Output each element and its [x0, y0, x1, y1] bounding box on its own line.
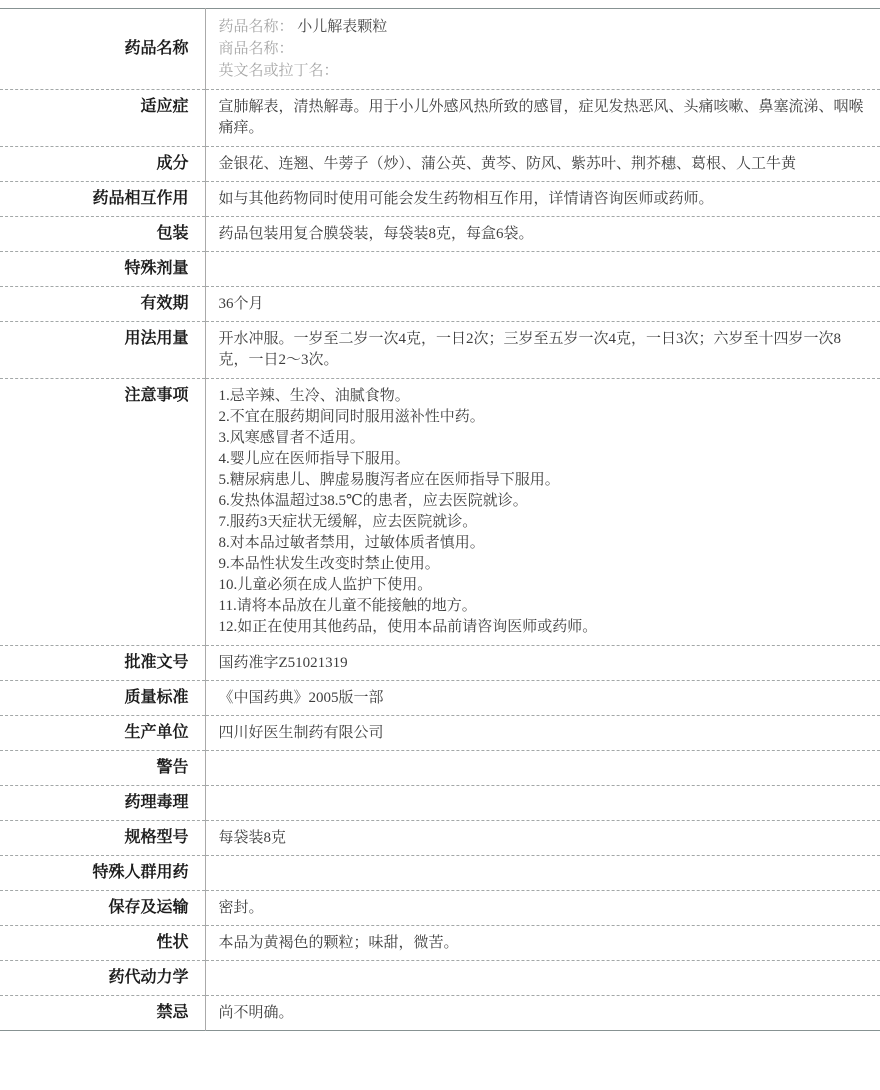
row-value-specification: 每袋装8克 [205, 821, 880, 856]
row-value-shelf-life: 36个月 [205, 287, 880, 322]
row-manufacturer: 生产单位 四川好医生制药有限公司 [0, 716, 880, 751]
row-label-warning: 警告 [0, 751, 205, 786]
row-value-special-dosage [205, 252, 880, 287]
row-label-specification: 规格型号 [0, 821, 205, 856]
row-contraindications: 禁忌 尚不明确。 [0, 996, 880, 1031]
row-pharmacokinetics: 药代动力学 [0, 961, 880, 996]
row-shelf-life: 有效期 36个月 [0, 287, 880, 322]
row-value-characteristics: 本品为黄褐色的颗粒；味甜，微苦。 [205, 926, 880, 961]
row-special-populations: 特殊人群用药 [0, 856, 880, 891]
generic-name-line: 药品名称： 小儿解表颗粒 [219, 16, 869, 38]
row-value-pharmacology-toxicology [205, 786, 880, 821]
row-value-contraindications: 尚不明确。 [205, 996, 880, 1031]
row-value-packaging: 药品包装用复合膜袋装，每袋装8克，每盒6袋。 [205, 217, 880, 252]
row-value-drug-interactions: 如与其他药物同时使用可能会发生药物相互作用，详情请咨询医师或药师。 [205, 182, 880, 217]
row-dosage-usage: 用法用量 开水冲服。一岁至二岁一次4克，一日2次；三岁至五岁一次4克，一日3次；… [0, 322, 880, 379]
row-label-approval-number: 批准文号 [0, 646, 205, 681]
trade-name-prefix: 商品名称： [219, 41, 294, 57]
row-value-pharmacokinetics [205, 961, 880, 996]
row-value-precautions: 1.忌辛辣、生冷、油腻食物。 2.不宜在服药期间同时服用滋补性中药。 3.风寒感… [205, 379, 880, 646]
row-label-drug-name: 药品名称 [0, 9, 205, 90]
row-label-indications: 适应症 [0, 90, 205, 147]
row-label-characteristics: 性状 [0, 926, 205, 961]
row-packaging: 包装 药品包装用复合膜袋装，每袋装8克，每盒6袋。 [0, 217, 880, 252]
row-label-contraindications: 禁忌 [0, 996, 205, 1031]
row-label-ingredients: 成分 [0, 147, 205, 182]
row-value-special-populations [205, 856, 880, 891]
row-label-dosage-usage: 用法用量 [0, 322, 205, 379]
row-specification: 规格型号 每袋装8克 [0, 821, 880, 856]
row-label-shelf-life: 有效期 [0, 287, 205, 322]
row-value-manufacturer: 四川好医生制药有限公司 [205, 716, 880, 751]
row-label-pharmacology-toxicology: 药理毒理 [0, 786, 205, 821]
generic-name-prefix: 药品名称： [219, 19, 294, 35]
drug-info-table: 药品名称 药品名称： 小儿解表颗粒 商品名称： 英文名或拉丁名： 适应症 宣肺解… [0, 8, 880, 1031]
row-label-special-populations: 特殊人群用药 [0, 856, 205, 891]
row-label-drug-interactions: 药品相互作用 [0, 182, 205, 217]
row-value-drug-name: 药品名称： 小儿解表颗粒 商品名称： 英文名或拉丁名： [205, 9, 880, 90]
row-characteristics: 性状 本品为黄褐色的颗粒；味甜，微苦。 [0, 926, 880, 961]
row-special-dosage: 特殊剂量 [0, 252, 880, 287]
row-drug-name: 药品名称 药品名称： 小儿解表颗粒 商品名称： 英文名或拉丁名： [0, 9, 880, 90]
row-pharmacology-toxicology: 药理毒理 [0, 786, 880, 821]
row-label-manufacturer: 生产单位 [0, 716, 205, 751]
row-warning: 警告 [0, 751, 880, 786]
row-quality-standard: 质量标准 《中国药典》2005版一部 [0, 681, 880, 716]
row-label-precautions: 注意事项 [0, 379, 205, 646]
row-value-ingredients: 金银花、连翘、牛蒡子（炒）、蒲公英、黄芩、防风、紫苏叶、荆芥穗、葛根、人工牛黄 [205, 147, 880, 182]
row-label-storage-transport: 保存及运输 [0, 891, 205, 926]
row-storage-transport: 保存及运输 密封。 [0, 891, 880, 926]
row-value-storage-transport: 密封。 [205, 891, 880, 926]
generic-name-value: 小儿解表颗粒 [297, 19, 387, 35]
row-label-pharmacokinetics: 药代动力学 [0, 961, 205, 996]
row-value-warning [205, 751, 880, 786]
row-precautions: 注意事项 1.忌辛辣、生冷、油腻食物。 2.不宜在服药期间同时服用滋补性中药。 … [0, 379, 880, 646]
row-value-quality-standard: 《中国药典》2005版一部 [205, 681, 880, 716]
row-approval-number: 批准文号 国药准字Z51021319 [0, 646, 880, 681]
row-label-special-dosage: 特殊剂量 [0, 252, 205, 287]
trade-name-line: 商品名称： [219, 38, 869, 60]
english-name-prefix: 英文名或拉丁名： [219, 63, 339, 79]
row-value-dosage-usage: 开水冲服。一岁至二岁一次4克，一日2次；三岁至五岁一次4克，一日3次；六岁至十四… [205, 322, 880, 379]
english-name-line: 英文名或拉丁名： [219, 60, 869, 82]
row-indications: 适应症 宣肺解表，清热解毒。用于小儿外感风热所致的感冒，症见发热恶风、头痛咳嗽、… [0, 90, 880, 147]
row-value-approval-number: 国药准字Z51021319 [205, 646, 880, 681]
row-drug-interactions: 药品相互作用 如与其他药物同时使用可能会发生药物相互作用，详情请咨询医师或药师。 [0, 182, 880, 217]
row-ingredients: 成分 金银花、连翘、牛蒡子（炒）、蒲公英、黄芩、防风、紫苏叶、荆芥穗、葛根、人工… [0, 147, 880, 182]
row-label-packaging: 包装 [0, 217, 205, 252]
row-label-quality-standard: 质量标准 [0, 681, 205, 716]
row-value-indications: 宣肺解表，清热解毒。用于小儿外感风热所致的感冒，症见发热恶风、头痛咳嗽、鼻塞流涕… [205, 90, 880, 147]
